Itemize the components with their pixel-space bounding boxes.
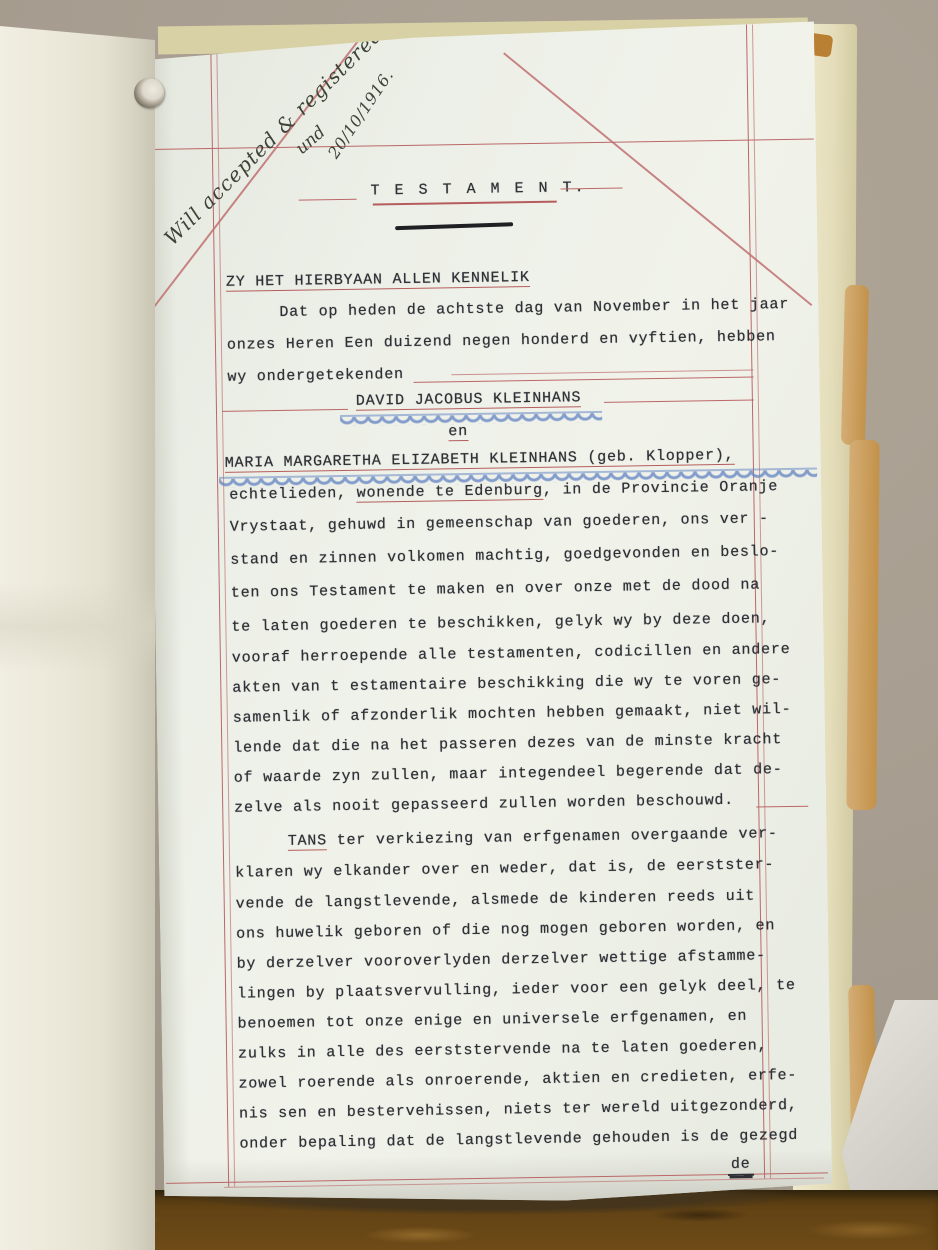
- residence-post: , in de Provincie Oranje: [543, 478, 778, 499]
- typed-line: onzes Heren Een duizend negen honderd en…: [227, 328, 776, 354]
- typed-line: lingen by plaatsvervulling, ieder voor e…: [237, 977, 796, 1003]
- opening-heading: ZY HET HIERBYAAN ALLEN KENNELIK: [226, 269, 530, 291]
- filler-rule: [756, 806, 808, 808]
- opening-heading-text: ZY HET HIERBYAAN ALLEN KENNELIK: [226, 269, 530, 292]
- catchword: de: [728, 1156, 754, 1173]
- title-black-rule: [395, 222, 513, 230]
- residence-underlined: wonende te Edenburg: [357, 482, 543, 503]
- residence-pre: echtelieden,: [229, 485, 357, 504]
- catchword-text: de: [728, 1156, 754, 1176]
- typed-line: Vrystaat, gehuwd in gemeenschap van goed…: [230, 510, 769, 535]
- archive-photo-scene: Will accepted & registered und 20/10/191…: [0, 0, 938, 1250]
- typed-line: zulks in alle des eerststervende na te l…: [238, 1037, 767, 1062]
- tans-word: TANS: [288, 832, 327, 851]
- typed-line: of waarde zyn zullen, maar integendeel b…: [234, 761, 783, 787]
- conjunction: en: [448, 423, 468, 440]
- filler-rule: [604, 399, 754, 402]
- filler-rule: [222, 409, 348, 412]
- typed-line: te laten goederen te beschikken, gelyk w…: [231, 610, 770, 635]
- testatrix-name: MARIA MARGARETHA ELIZABETH KLEINHANS (ge…: [225, 447, 735, 472]
- typed-line: nis sen en bestervehissen, niets ter wer…: [239, 1097, 798, 1123]
- typed-line: stand en zinnen volkomen machtig, goedge…: [230, 543, 779, 569]
- document-page: Will accepted & registered und 20/10/191…: [146, 20, 832, 1212]
- typed-line: lende dat die na het passeren dezes van …: [233, 731, 782, 757]
- filler-rule: [414, 377, 754, 383]
- typed-line: zelve als nooit gepasseerd zullen worden…: [234, 792, 734, 817]
- punch-hole: [134, 78, 164, 108]
- blue-pencil-underline: [340, 411, 602, 426]
- typed-line: by derzelver vooroverlyden derzelver wet…: [237, 947, 766, 972]
- conjunction-text: en: [448, 423, 468, 441]
- tans-rest: ter verkiezing van erfgenamen overgaande…: [327, 825, 778, 849]
- typed-line: akten van t estamentaire beschikking die…: [232, 671, 781, 697]
- testator-name: DAVID JACOBUS KLEINHANS: [356, 389, 582, 410]
- typed-line: ons huwelik geboren of die nog mogen geb…: [236, 917, 775, 942]
- torn-paper-strip: [846, 440, 879, 810]
- filler-rule: [451, 370, 753, 376]
- facing-page: [0, 22, 155, 1250]
- testator-name-text: DAVID JACOBUS KLEINHANS: [356, 389, 582, 411]
- title-dash: [299, 199, 357, 201]
- typed-line: vooraf herroepende alle testamenten, cod…: [232, 641, 791, 667]
- typed-line: klaren wy elkander over en weder, dat is…: [235, 856, 774, 881]
- typed-line: wy ondergetekenden: [227, 366, 404, 386]
- title-underline: [373, 201, 557, 205]
- facing-page-crease: [0, 582, 155, 672]
- title-dash: [561, 188, 623, 190]
- typed-line: samenlik of afzonderlik mochten hebben g…: [233, 701, 792, 727]
- document-title: T E S T A M E N T.: [370, 179, 586, 199]
- typed-line: benoemen tot onze enige en universele er…: [237, 1008, 747, 1033]
- typed-line: TANS ter verkiezing van erfgenamen overg…: [288, 825, 778, 850]
- typed-line: zowel roerende als onroerende, aktien en…: [238, 1067, 797, 1093]
- typed-line: Dat op heden de achtste dag van November…: [279, 296, 789, 321]
- typed-line: onder bepaling dat de langstlevende geho…: [239, 1127, 798, 1153]
- typed-line: ten ons Testament te maken en over onze …: [231, 576, 760, 601]
- testatrix-name-text: MARIA MARGARETHA ELIZABETH KLEINHANS (ge…: [225, 447, 735, 473]
- typed-line: vende de langstlevende, alsmede de kinde…: [236, 888, 756, 913]
- torn-paper-strip: [841, 285, 869, 446]
